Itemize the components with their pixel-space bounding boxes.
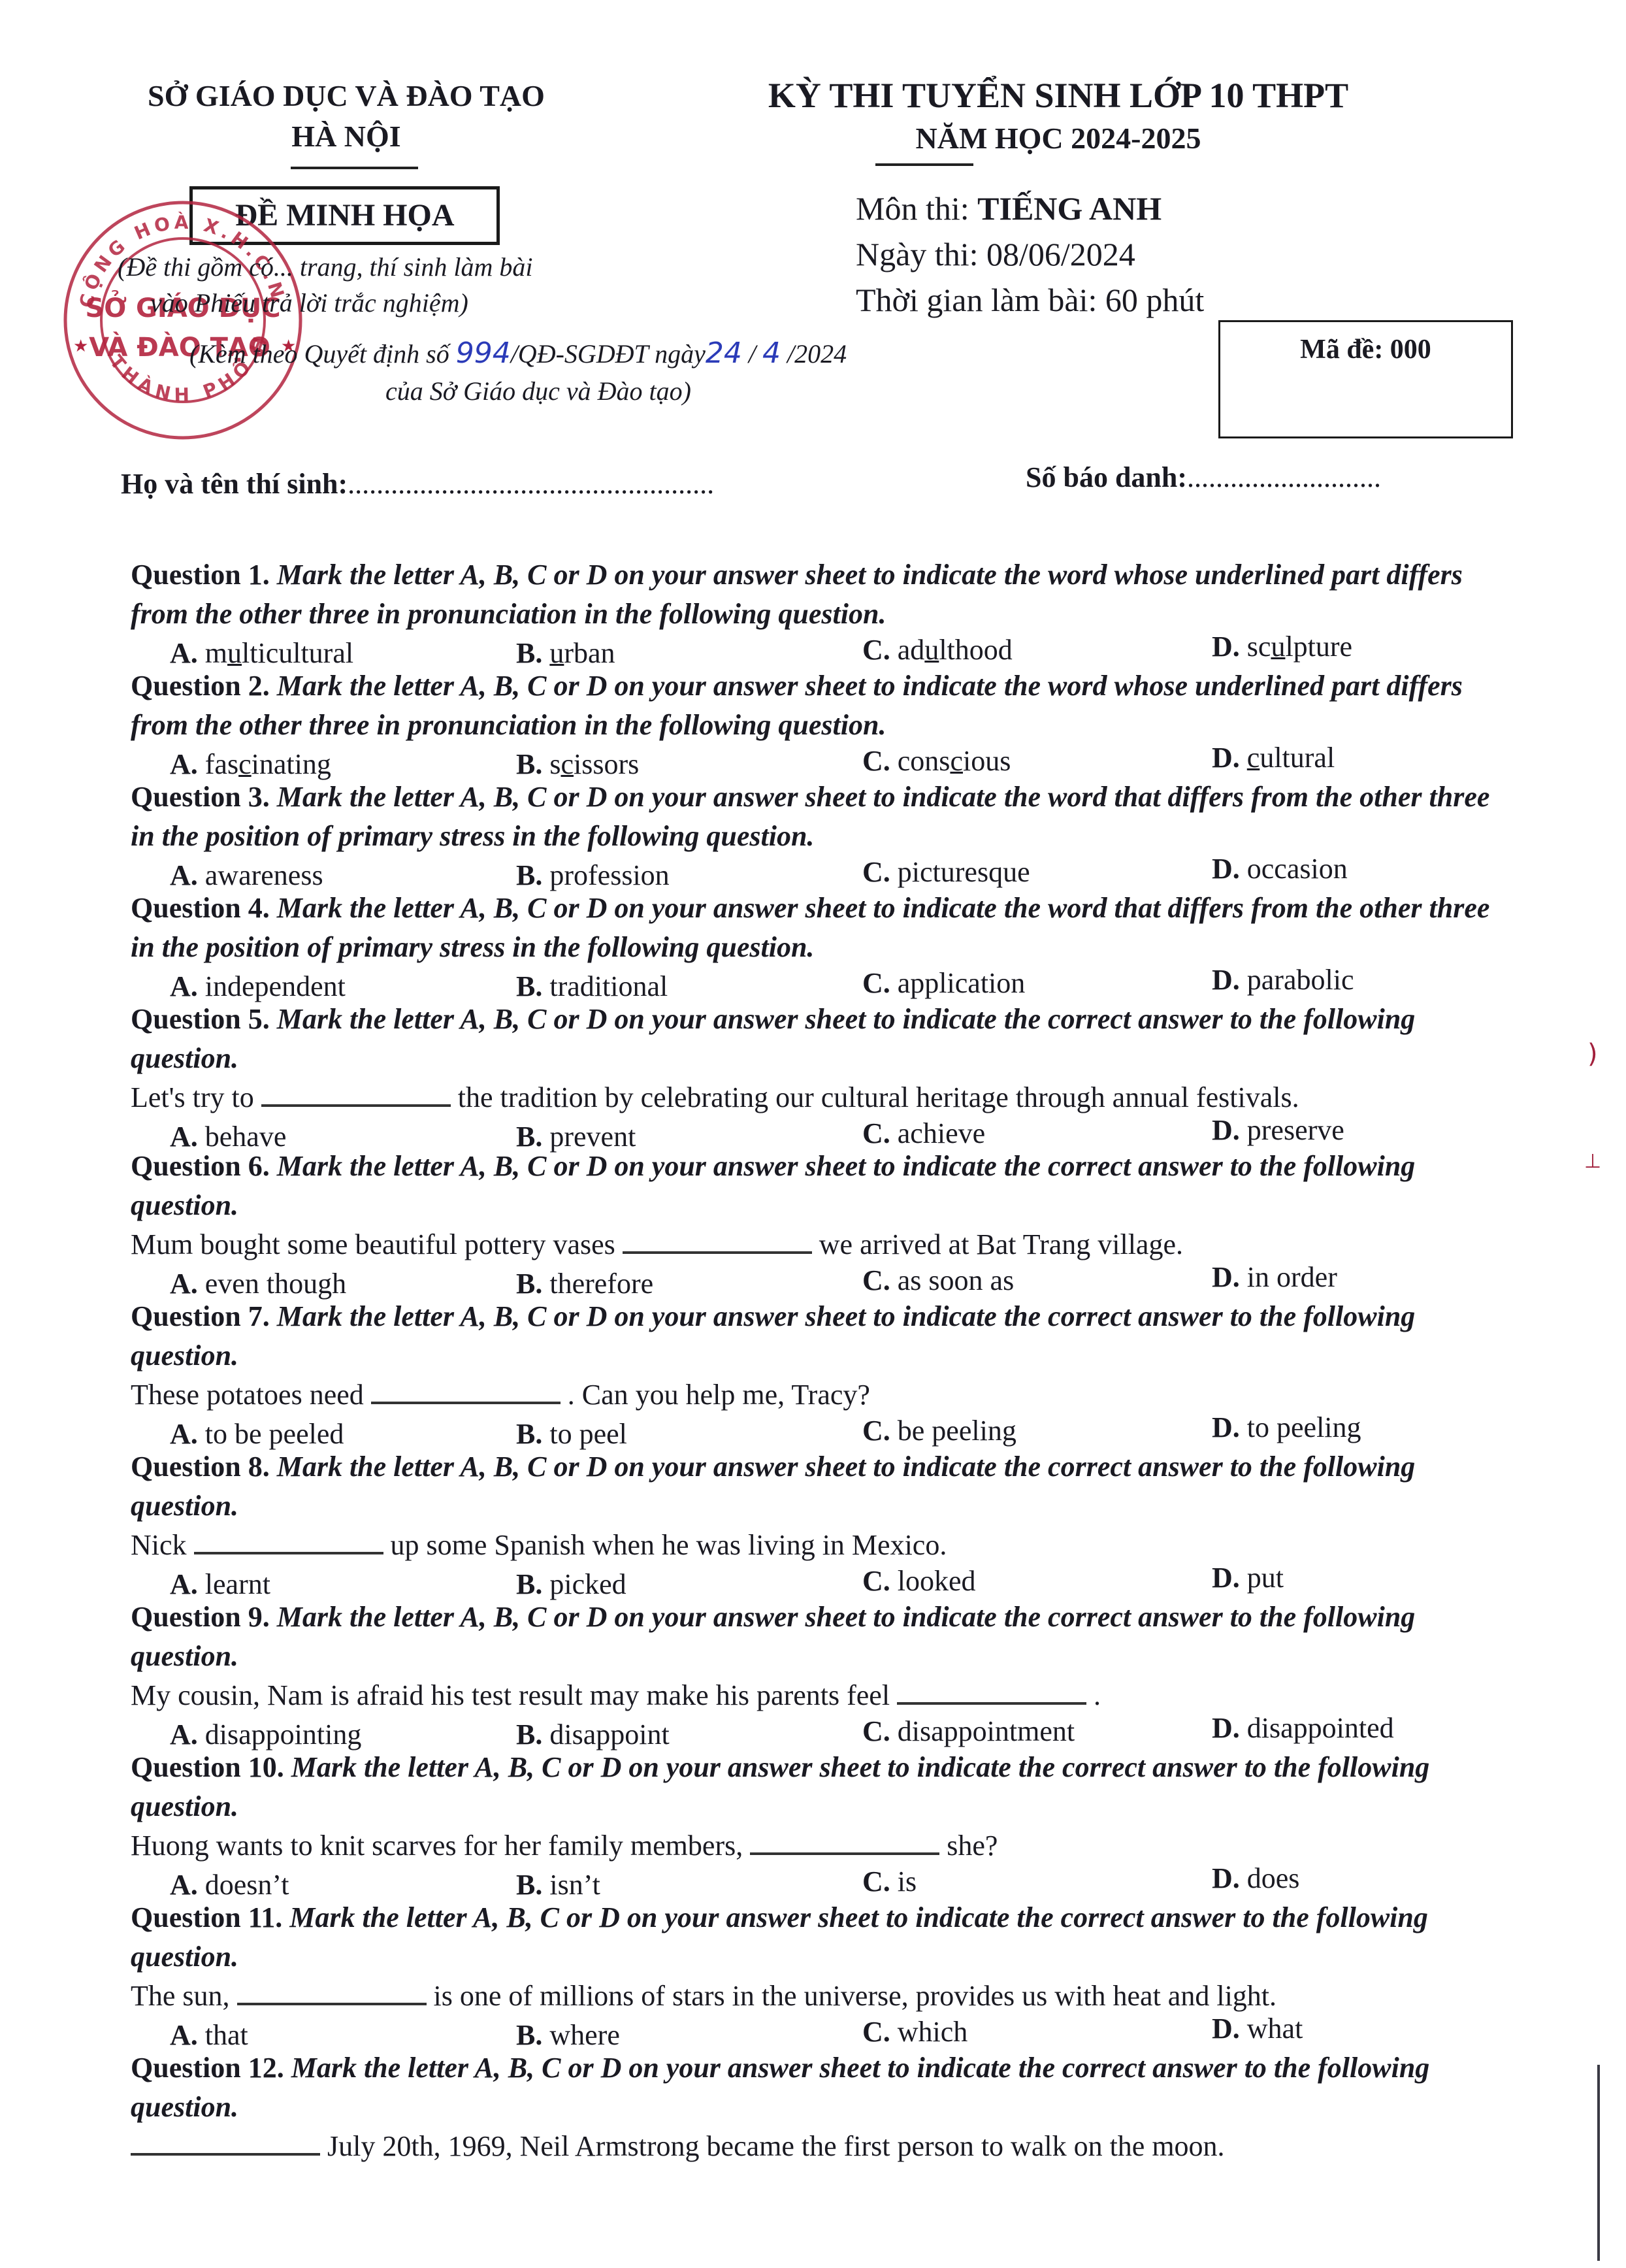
question-stem: Huong wants to knit scarves for her fami… — [131, 1826, 1516, 1865]
option-letter: B. — [516, 859, 542, 891]
question-instruction: Mark the letter A, B, C or D on your ans… — [131, 2052, 1429, 2123]
option-letter: A. — [170, 1718, 198, 1750]
option-letter: D. — [1212, 1562, 1240, 1594]
subject-line: Môn thi: TIẾNG ANH — [856, 189, 1162, 227]
question-8: Question 8. Mark the letter A, B, C or D… — [131, 1447, 1516, 1604]
option-c[interactable]: C. be peeling — [862, 1411, 1016, 1451]
underlined-part: u — [549, 637, 564, 669]
underlined-part: u — [1271, 631, 1285, 663]
option-d[interactable]: D. does — [1212, 1859, 1299, 1898]
answer-blank — [194, 1526, 383, 1554]
question-5: Question 5. Mark the letter A, B, C or D… — [131, 1000, 1516, 1157]
question-heading: Question 11. Mark the letter A, B, C or … — [131, 1898, 1516, 1977]
option-letter: A. — [170, 748, 198, 780]
option-c[interactable]: C. disappointment — [862, 1712, 1075, 1751]
question-heading: Question 6. Mark the letter A, B, C or D… — [131, 1147, 1516, 1225]
option-letter: C. — [862, 634, 890, 666]
question-instruction: Mark the letter A, B, C or D on your ans… — [131, 1601, 1415, 1672]
option-c[interactable]: C. looked — [862, 1562, 976, 1601]
question-12: Question 12. Mark the letter A, B, C or … — [131, 2048, 1516, 2166]
question-10: Question 10. Mark the letter A, B, C or … — [131, 1748, 1516, 1905]
answer-blank — [131, 2127, 320, 2156]
margin-mark: ⊥ — [1584, 1150, 1601, 1173]
option-letter: D. — [1212, 964, 1240, 996]
option-letter: A. — [170, 1268, 198, 1300]
underlined-part: c — [561, 748, 574, 780]
question-number: Question 7. — [131, 1300, 270, 1332]
option-d[interactable]: D. what — [1212, 2009, 1303, 2048]
question-heading: Question 7. Mark the letter A, B, C or D… — [131, 1297, 1516, 1375]
question-instruction: Mark the letter A, B, C or D on your ans… — [131, 1150, 1415, 1221]
question-stem: July 20th, 1969, Neil Armstrong became t… — [131, 2127, 1516, 2166]
option-letter: C. — [862, 2016, 890, 2048]
margin-mark: ) — [1587, 1039, 1598, 1069]
option-d[interactable]: D. disappointed — [1212, 1709, 1394, 1748]
question-number: Question 6. — [131, 1150, 270, 1182]
option-d[interactable]: D. to peeling — [1212, 1408, 1361, 1447]
question-11: Question 11. Mark the letter A, B, C or … — [131, 1898, 1516, 2055]
question-number: Question 10. — [131, 1751, 284, 1783]
question-9: Question 9. Mark the letter A, B, C or D… — [131, 1598, 1516, 1754]
question-heading: Question 5. Mark the letter A, B, C or D… — [131, 1000, 1516, 1078]
question-heading: Question 3. Mark the letter A, B, C or D… — [131, 778, 1516, 856]
school-year: NĂM HỌC 2024-2025 — [745, 121, 1372, 156]
option-letter: D. — [1212, 742, 1240, 774]
question-number: Question 8. — [131, 1451, 270, 1483]
question-number: Question 5. — [131, 1003, 270, 1035]
option-letter: B. — [516, 1869, 542, 1901]
city-name: HÀ NỘI — [131, 119, 562, 154]
header-divider-right — [875, 163, 973, 166]
option-letter: C. — [862, 856, 890, 888]
option-letter: D. — [1212, 1114, 1240, 1146]
option-c[interactable]: C. as soon as — [862, 1261, 1014, 1300]
official-stamp-icon: CỘNG HOÀ X.H.C.N VIỆT NAM THÀNH PHỐ HÀ N… — [59, 196, 307, 444]
option-letter: C. — [862, 1865, 890, 1898]
question-instruction: Mark the letter A, B, C or D on your ans… — [131, 1751, 1429, 1822]
question-instruction: Mark the letter A, B, C or D on your ans… — [131, 670, 1463, 741]
question-heading: Question 8. Mark the letter A, B, C or D… — [131, 1447, 1516, 1526]
underlined-part: c — [1247, 742, 1260, 774]
question-instruction: Mark the letter A, B, C or D on your ans… — [131, 559, 1463, 630]
decision-month: 4 — [762, 337, 781, 370]
question-stem: The sun, is one of millions of stars in … — [131, 1977, 1516, 2016]
question-number: Question 11. — [131, 1901, 282, 1933]
candidate-id-field[interactable]: Số báo danh:........................... — [1026, 461, 1381, 494]
option-c[interactable]: C. is — [862, 1862, 917, 1901]
question-number: Question 4. — [131, 892, 270, 924]
header-divider-left — [291, 167, 418, 169]
option-d[interactable]: D. occasion — [1212, 849, 1348, 889]
answer-blank — [237, 1977, 427, 2005]
option-letter: B. — [516, 1718, 542, 1750]
decision-line: (Kèm theo Quyết định số 994/QĐ-SGDĐT ngà… — [189, 337, 847, 370]
subject-value: TIẾNG ANH — [977, 190, 1162, 227]
option-letter: D. — [1212, 631, 1240, 663]
option-letter: C. — [862, 967, 890, 999]
question-number: Question 2. — [131, 670, 270, 702]
question-instruction: Mark the letter A, B, C or D on your ans… — [131, 1300, 1415, 1372]
option-letter: A. — [170, 1869, 198, 1901]
exam-code-box: Mã đề: 000 — [1218, 320, 1513, 438]
option-d[interactable]: D. put — [1212, 1558, 1284, 1598]
right-margin-line — [1597, 2065, 1600, 2261]
question-instruction: Mark the letter A, B, C or D on your ans… — [131, 781, 1489, 852]
option-c[interactable]: C. which — [862, 2013, 967, 2052]
question-instruction: Mark the letter A, B, C or D on your ans… — [131, 892, 1489, 963]
option-c[interactable]: C. picturesque — [862, 853, 1030, 892]
exam-code: Mã đề: 000 — [1220, 334, 1511, 365]
option-letter: B. — [516, 2019, 542, 2051]
option-letter: C. — [862, 1565, 890, 1597]
decision-issuer: của Sở Giáo dục và Đào tạo) — [385, 376, 691, 406]
option-letter: B. — [516, 637, 542, 669]
answer-sheet-note: vào Phiếu trả lời trắc nghiệm) — [150, 288, 468, 318]
decision-day: 24 — [706, 337, 742, 370]
option-c[interactable]: C. conscious — [862, 742, 1011, 781]
option-letter: D. — [1212, 1411, 1240, 1443]
question-heading: Question 4. Mark the letter A, B, C or D… — [131, 889, 1516, 967]
question-instruction: Mark the letter A, B, C or D on your ans… — [131, 1451, 1415, 1522]
option-letter: D. — [1212, 1862, 1240, 1894]
question-1: Question 1. Mark the letter A, B, C or D… — [131, 555, 1516, 673]
question-6: Question 6. Mark the letter A, B, C or D… — [131, 1147, 1516, 1304]
question-stem: Nick up some Spanish when he was living … — [131, 1526, 1516, 1565]
question-number: Question 9. — [131, 1601, 270, 1633]
candidate-name-field[interactable]: Họ và tên thí sinh:.....................… — [121, 467, 714, 501]
option-d[interactable]: D. sculpture — [1212, 627, 1352, 666]
question-2: Question 2. Mark the letter A, B, C or D… — [131, 666, 1516, 784]
option-letter: A. — [170, 1568, 198, 1600]
answer-blank — [261, 1078, 451, 1107]
option-letter: B. — [516, 970, 542, 1002]
svg-text:★: ★ — [73, 337, 88, 355]
question-heading: Question 12. Mark the letter A, B, C or … — [131, 2048, 1516, 2127]
underlined-part: u — [924, 634, 939, 666]
option-letter: B. — [516, 1418, 542, 1450]
department-name: SỞ GIÁO DỤC VÀ ĐÀO TẠO — [131, 78, 562, 113]
option-letter: A. — [170, 1418, 198, 1450]
option-letter: B. — [516, 1568, 542, 1600]
option-letter: C. — [862, 1117, 890, 1149]
page-count-note: (Đề thi gồm có... trang, thí sinh làm bà… — [118, 252, 533, 282]
option-letter: A. — [170, 970, 198, 1002]
option-d[interactable]: D. parabolic — [1212, 961, 1354, 1000]
option-letter: A. — [170, 2019, 198, 2051]
option-letter: A. — [170, 637, 198, 669]
option-letter: A. — [170, 859, 198, 891]
underlined-part: u — [227, 637, 242, 669]
question-instruction: Mark the letter A, B, C or D on your ans… — [131, 1901, 1428, 1973]
exam-date: Ngày thi: 08/06/2024 — [856, 235, 1135, 273]
option-letter: D. — [1212, 2013, 1240, 2045]
question-number: Question 1. — [131, 559, 270, 591]
question-heading: Question 2. Mark the letter A, B, C or D… — [131, 666, 1516, 745]
question-heading: Question 1. Mark the letter A, B, C or D… — [131, 555, 1516, 634]
option-letter: D. — [1212, 1261, 1240, 1293]
underlined-part: c — [950, 745, 963, 777]
option-c[interactable]: C. adulthood — [862, 631, 1013, 670]
question-7: Question 7. Mark the letter A, B, C or D… — [131, 1297, 1516, 1454]
question-heading: Question 9. Mark the letter A, B, C or D… — [131, 1598, 1516, 1676]
exam-duration: Thời gian làm bài: 60 phút — [856, 281, 1204, 319]
underlined-part: c — [238, 748, 252, 780]
option-d[interactable]: D. preserve — [1212, 1111, 1344, 1150]
question-number: Question 12. — [131, 2052, 284, 2084]
question-3: Question 3. Mark the letter A, B, C or D… — [131, 778, 1516, 895]
option-d[interactable]: D. in order — [1212, 1258, 1337, 1297]
option-letter: C. — [862, 1415, 890, 1447]
option-letter: D. — [1212, 1712, 1240, 1744]
question-instruction: Mark the letter A, B, C or D on your ans… — [131, 1003, 1415, 1074]
option-letter: B. — [516, 748, 542, 780]
answer-blank — [897, 1676, 1086, 1705]
option-letter: D. — [1212, 853, 1240, 885]
option-c[interactable]: C. application — [862, 964, 1025, 1003]
exam-title: KỲ THI TUYỂN SINH LỚP 10 THPT — [745, 75, 1372, 116]
question-4: Question 4. Mark the letter A, B, C or D… — [131, 889, 1516, 1006]
question-number: Question 3. — [131, 781, 270, 813]
answer-blank — [371, 1375, 561, 1404]
question-heading: Question 10. Mark the letter A, B, C or … — [131, 1748, 1516, 1826]
option-letter: C. — [862, 1264, 890, 1296]
answer-blank — [623, 1225, 812, 1254]
answer-blank — [750, 1826, 939, 1855]
option-letter: C. — [862, 1715, 890, 1747]
option-letter: B. — [516, 1268, 542, 1300]
option-d[interactable]: D. cultural — [1212, 738, 1335, 778]
decision-number: 994 — [456, 337, 511, 370]
option-letter: C. — [862, 745, 890, 777]
